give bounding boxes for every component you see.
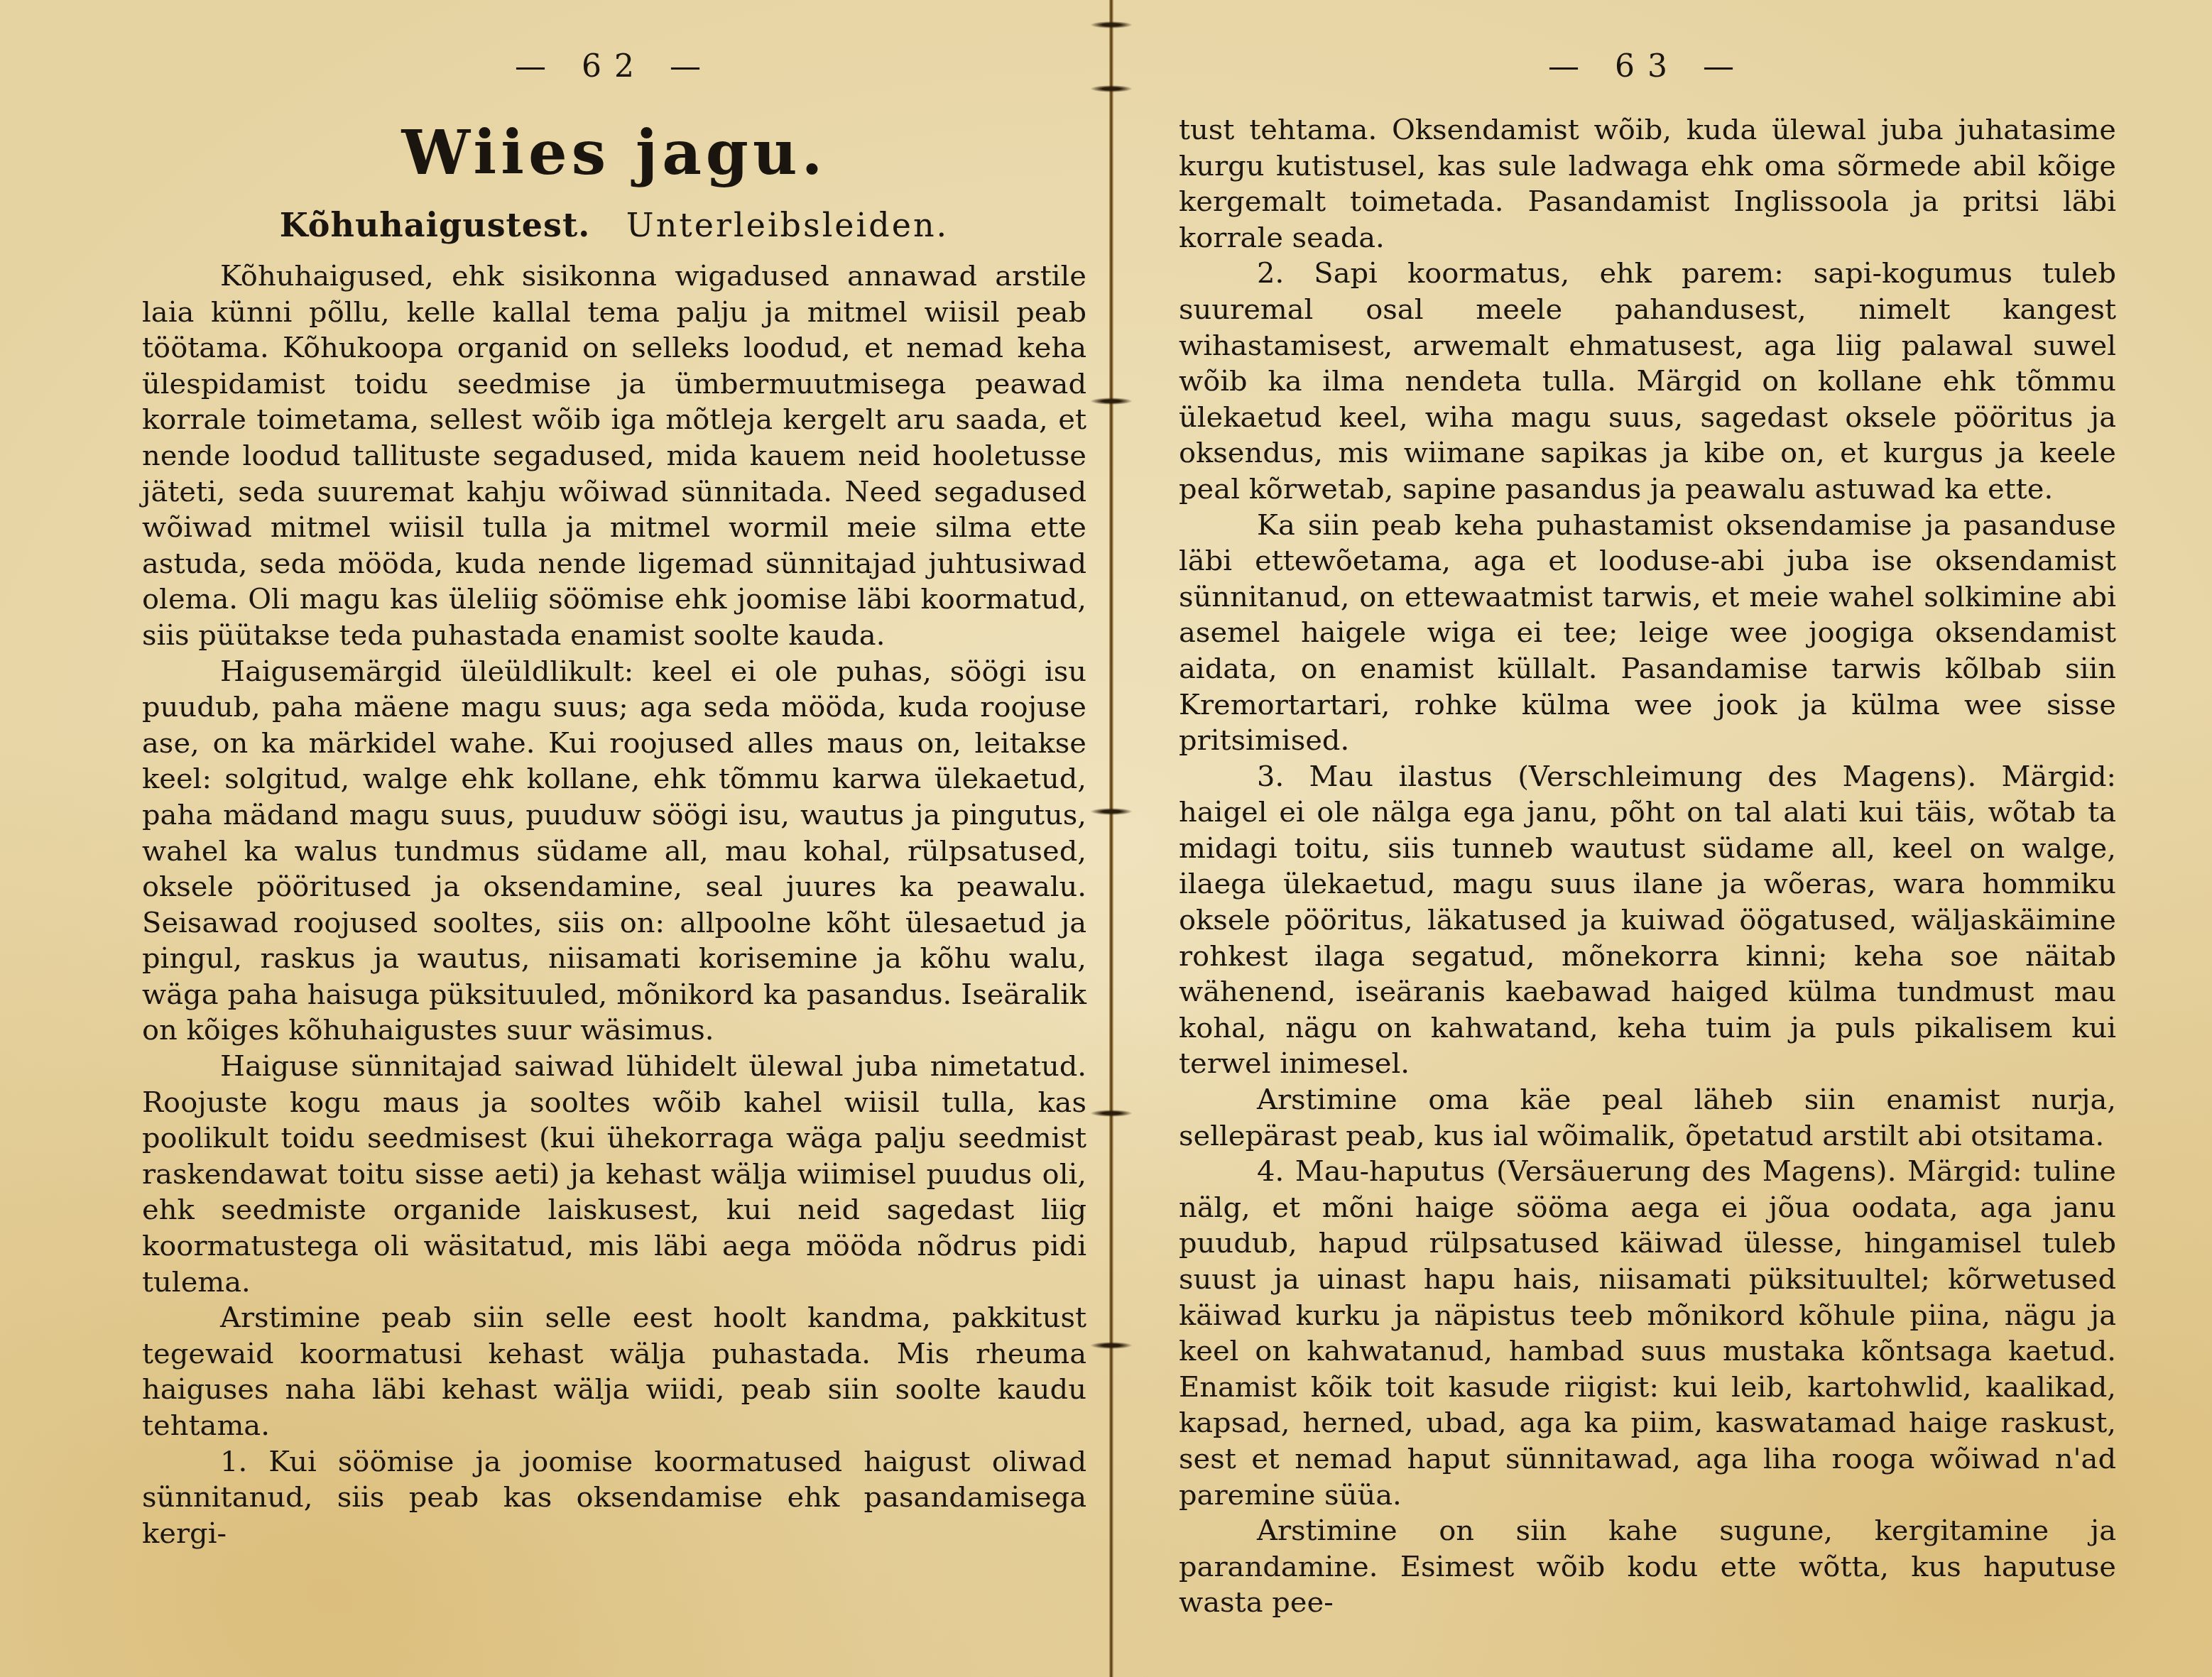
paragraph: Arstimine oma käe peal läheb siin enamis… <box>1179 1082 2116 1154</box>
page-number: — 63 — <box>1179 48 2116 84</box>
paragraph: Haiguse sünnitajad saiwad lühidelt ülewa… <box>142 1049 1086 1300</box>
paragraph: Kõhuhaigused, ehk sisikonna wigadused an… <box>142 258 1086 654</box>
chapter-title: Wiies jagu. <box>142 117 1086 189</box>
binding-stitch <box>1090 85 1133 92</box>
paragraph: tust tehtama. Oksendamist wõib, kuda üle… <box>1179 112 2116 256</box>
paragraph: 1. Kui söömise ja joomise koormatused ha… <box>142 1444 1086 1552</box>
paragraph: Ka siin peab keha puhastamist oksendamis… <box>1179 508 2116 759</box>
binding-stitch <box>1090 808 1133 815</box>
binding-stitch <box>1090 1342 1133 1349</box>
book-gutter <box>1109 0 1113 1677</box>
section-title-german: Unterleibsleiden. <box>626 206 949 244</box>
binding-stitch <box>1090 1110 1133 1117</box>
page-body: tust tehtama. Oksendamist wõib, kuda üle… <box>1179 112 2116 1621</box>
binding-stitch <box>1090 398 1133 405</box>
binding-stitch <box>1090 21 1133 28</box>
right-page: — 63 — tust tehtama. Oksendamist wõib, k… <box>1179 0 2116 1677</box>
section-title-estonian: Kõhuhaigustest. <box>280 206 590 244</box>
paragraph: Arstimine on siin kahe sugune, kergitami… <box>1179 1513 2116 1621</box>
paragraph: 3. Mau ilastus (Verschleimung des Magens… <box>1179 759 2116 1082</box>
paragraph: 4. Mau-haputus (Versäuerung des Magens).… <box>1179 1154 2116 1513</box>
section-title: Kõhuhaigustest. Unterleibsleiden. <box>142 206 1086 244</box>
paragraph: Haigusemärgid üleüldlikult: keel ei ole … <box>142 654 1086 1049</box>
page-number: — 62 — <box>142 48 1086 84</box>
page-body: Kõhuhaigused, ehk sisikonna wigadused an… <box>142 258 1086 1551</box>
left-page: — 62 — Wiies jagu. Kõhuhaigustest. Unter… <box>142 0 1086 1677</box>
paragraph: 2. Sapi koormatus, ehk parem: sapi-kogum… <box>1179 256 2116 507</box>
paragraph: Arstimine peab siin selle eest hoolt kan… <box>142 1300 1086 1443</box>
book-spread: — 62 — Wiies jagu. Kõhuhaigustest. Unter… <box>0 0 2212 1677</box>
